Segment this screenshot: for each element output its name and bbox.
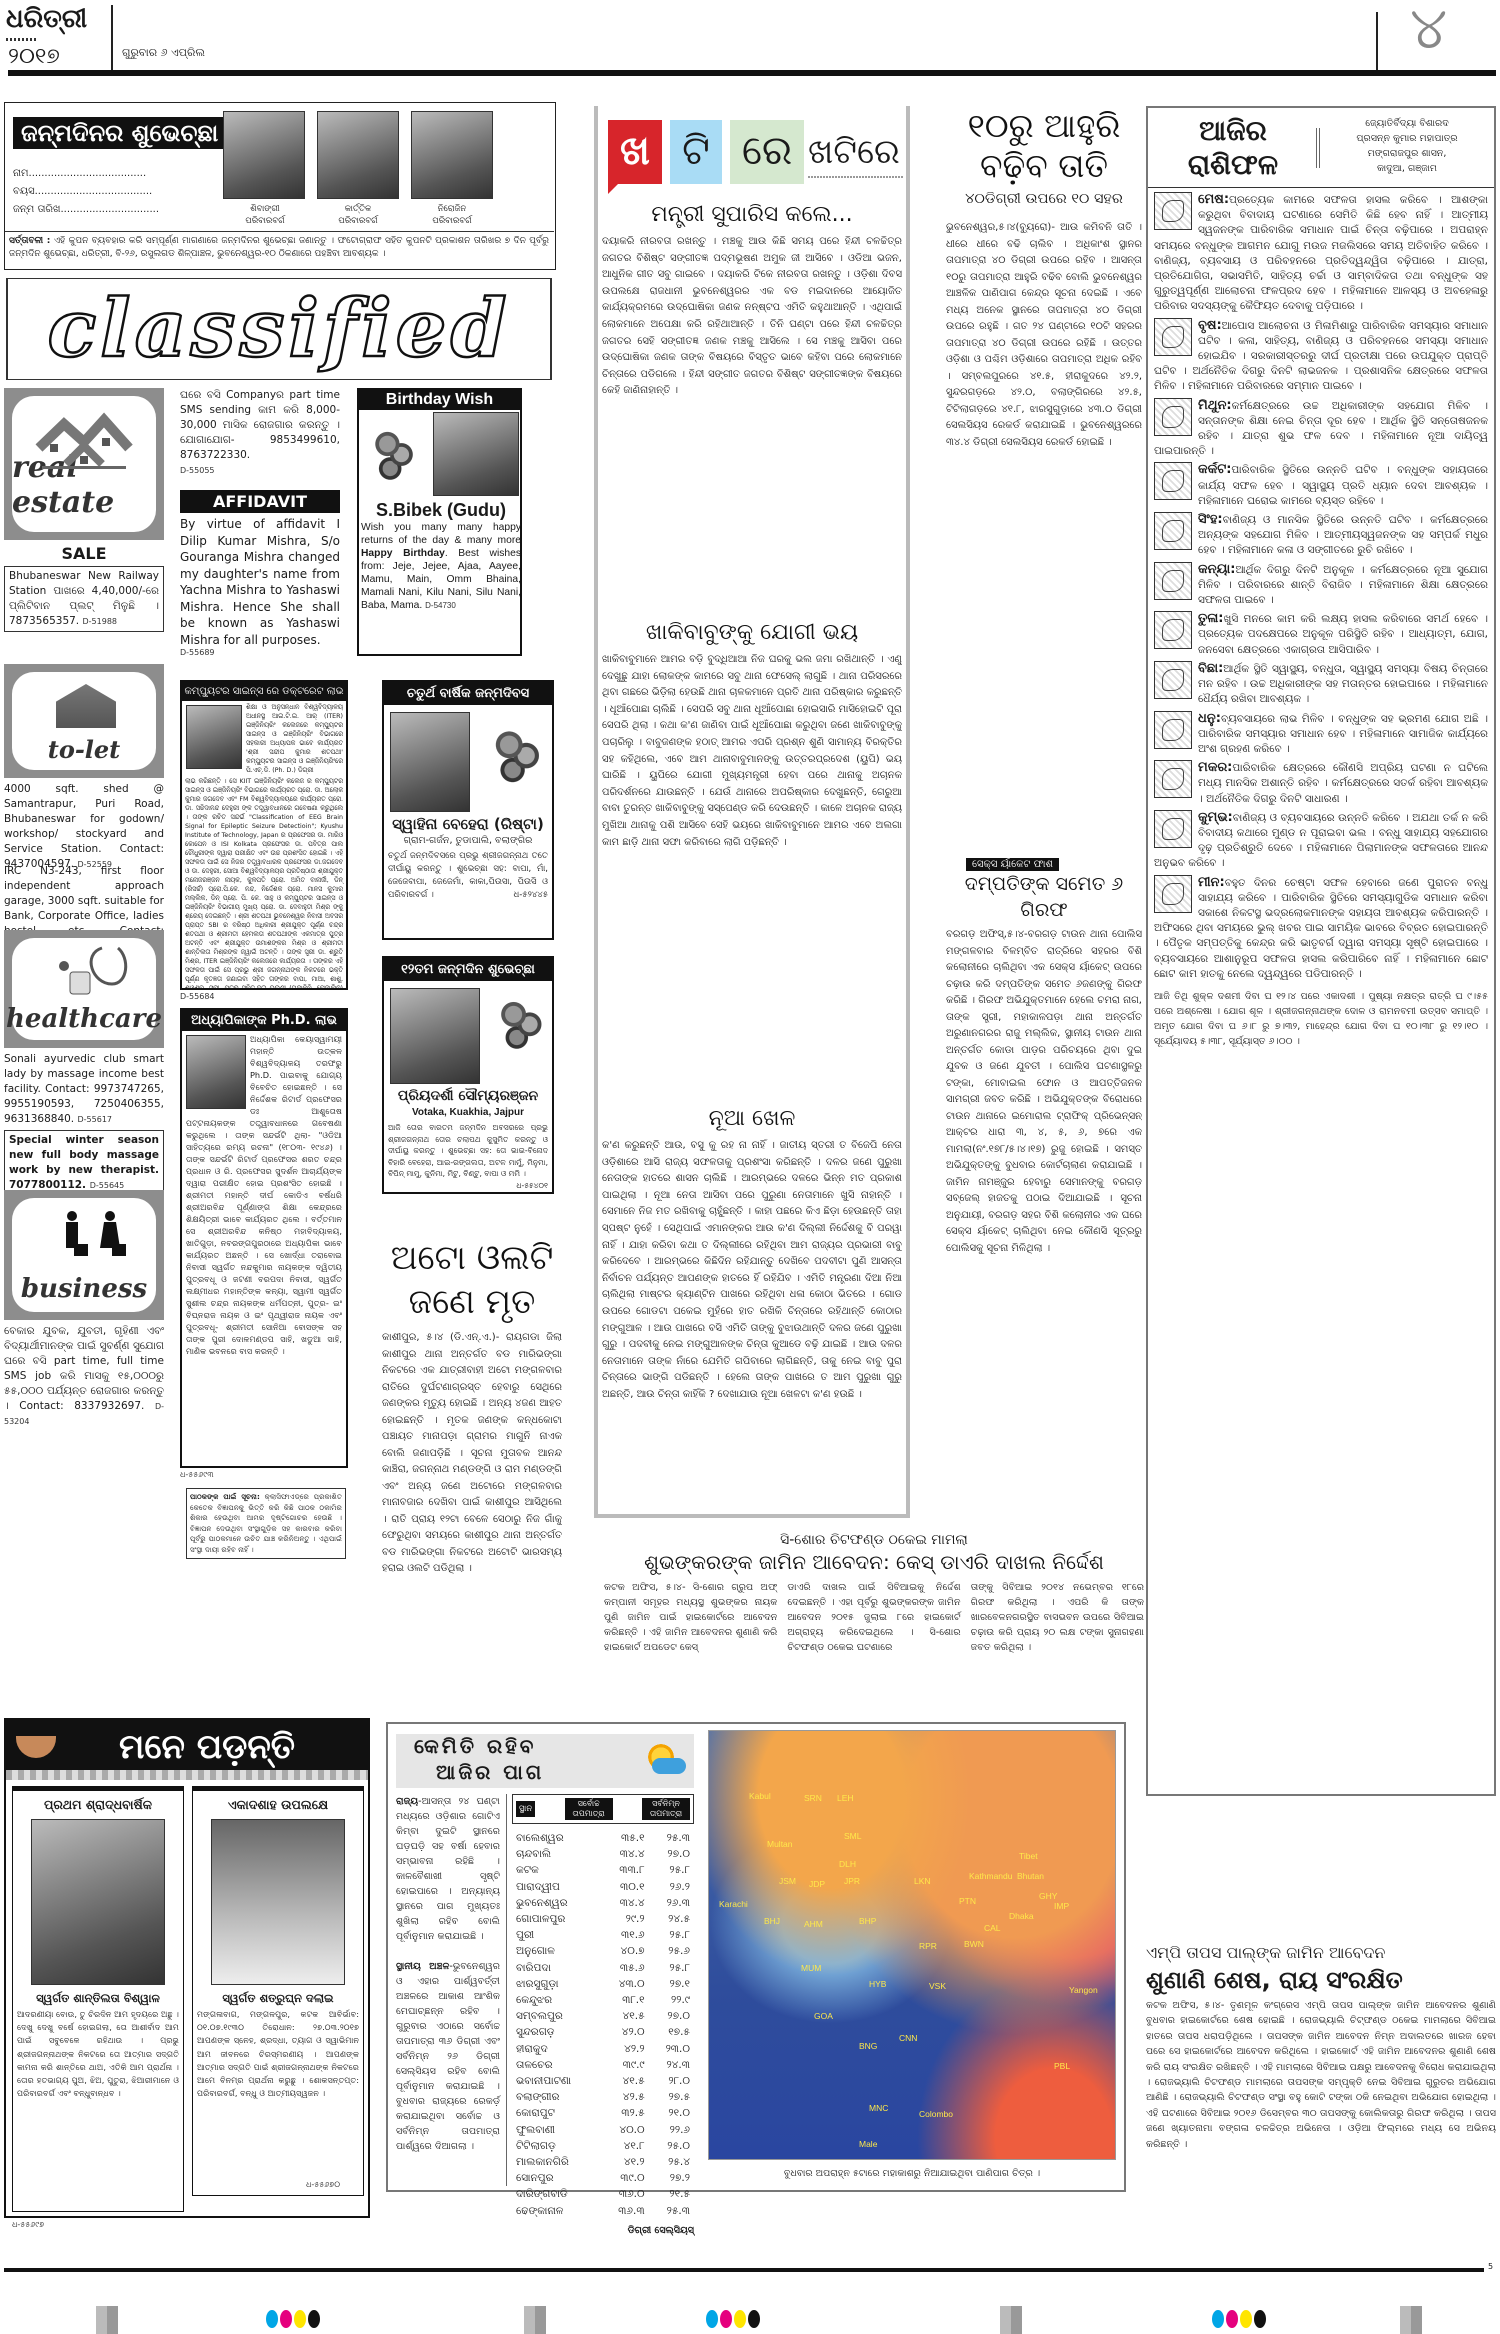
map-city-label: Kathmandu	[969, 1871, 1012, 1881]
masthead: ଧରିତ୍ରୀ ୨୦୧୭ ଗୁରୁବାର ୬ ଏପ୍ରିଲ ୪	[0, 0, 1500, 80]
map-city-label: Bhutan	[1017, 1871, 1044, 1881]
temperature-row: ମାଲକାନଗିରି୪୧.୨୨୫.୪	[512, 2154, 694, 2170]
coupon-field-age[interactable]: ବୟସ.....................................	[13, 183, 159, 201]
map-city-label: CNN	[899, 2033, 917, 2043]
scales-icon	[1154, 611, 1192, 649]
temperature-row: ହୀରାକୁଦ୪୨.୨୨୩.୦	[512, 2041, 694, 2057]
map-city-label: JDP	[809, 1879, 825, 1889]
temperature-row: ଫୁଲବାଣୀ୪୦.୦୨୨.୬	[512, 2122, 694, 2138]
map-city-label: PTN	[959, 1896, 976, 1906]
map-city-label: Male	[859, 2139, 877, 2149]
classified-banner: classified	[6, 278, 552, 380]
temperature-row: ଟିଟିଲାଗଡ଼୪୧.୮୨୫.୦	[512, 2138, 694, 2154]
map-city-label: BHJ	[764, 1916, 780, 1926]
map-city-label: Kabul	[749, 1791, 771, 1801]
zodiac-entry: କର୍କଟ:ପାରିବାରିକ ସ୍ଥିତିରେ ଉନ୍ନତି ଘଟିବ । ବ…	[1154, 462, 1488, 509]
temperature-row: ପୁରୀ୩୧.୬୨୫.୮	[512, 1927, 694, 1943]
weather-forecast-text: ରାଜ୍ୟ-ଆସନ୍ତା ୨୪ ଘଣ୍ଟା ମଧ୍ୟରେ ଓଡ଼ିଶାର ଗୋଟ…	[396, 1794, 500, 2154]
coupon-photo-2	[317, 111, 399, 199]
twins-icon	[1154, 398, 1192, 436]
page-number: ୪	[1410, 0, 1447, 63]
temperature-row: କୋରାପୁଟ୩୨.୫୨୧.୦	[512, 2105, 694, 2121]
map-city-label: Dhaka	[1009, 1911, 1034, 1921]
headline: ଖାକିବାବୁଙ୍କୁ ଯୋଗୀ ଭୟ	[602, 620, 902, 645]
map-city-label: Karachi	[719, 1899, 748, 1909]
goat-icon	[1154, 760, 1192, 798]
teacher-photo	[186, 1035, 246, 1109]
map-city-label: RPR	[919, 1941, 937, 1951]
zodiac-entry: ବୃଷ:ଆପୋସ ଆଲୋଚନା ଓ ମିଳାମିଶାରୁ ପାରିବାରିକ ସ…	[1154, 318, 1488, 395]
headline: ମନ୍ତ୍ରୀ ସୁପାରିସ କଲେ...	[602, 202, 902, 227]
zodiac-entry: ମୀନ:ବହୁତ ଦିନର ଚେଷ୍ଟା ସଫଳ ହେବାରେ ଜଣେ ପୁରା…	[1154, 875, 1488, 982]
fish-icon	[1154, 875, 1192, 913]
to-let-house-icon	[56, 684, 116, 728]
temperature-row: ଦାରିଙ୍ଗବାଡି୩୬.୦୨୧.୫	[512, 2186, 694, 2202]
doctorate-ad: କମ୍ପ୍ୟୁଟର ସାଇନ୍ସ ରେ ଡକ୍ଟରେଟ ଲାଭ ଶିକ୍ଷା ଓ…	[180, 680, 348, 990]
child-photo	[390, 712, 470, 812]
weather-title: କେମିତି ରହିବ ଆଜିର ପାଗ	[396, 1734, 694, 1788]
map-city-label: PBL	[1054, 2061, 1070, 2071]
classified-ad: Sonali ayurvedic club smart lady by mass…	[4, 1052, 164, 1127]
temperature-row: ଅନୁଗୋଳ୪୦.୭୨୫.୬	[512, 1943, 694, 1959]
masthead-rule	[8, 70, 1496, 76]
water-bearer-icon	[1154, 810, 1192, 848]
coupon-field-dob[interactable]: ଜନ୍ମ ତାରିଖ..............................…	[13, 201, 159, 219]
birthday-name: S.Bibek (Gudu)	[361, 500, 521, 521]
satellite-map: KabulSRNLEHSMLMultanDLHTibetJSMJDPJPRLKN…	[708, 1730, 1116, 2160]
sale-heading: SALE	[4, 544, 164, 563]
memorial-section: ମନେ ପଡ଼ନ୍ତି ପ୍ରଥମ ଶ୍ରାଦ୍ଧବାର୍ଷିକ ସ୍ୱର୍ଗତ…	[4, 1718, 370, 2218]
temperature-row: ଢେଙ୍କାନାଳ୩୬.୩୨୫.୩	[512, 2203, 694, 2219]
twelfth-birthday-ad: ୧୨ତମ ଜନ୍ମଦିନ ଶୁଭେଚ୍ଛା ପ୍ରିୟଦର୍ଶୀ ସୌମ୍ୟରଞ…	[382, 956, 554, 1194]
ram-icon	[1154, 192, 1192, 230]
map-city-label: JPR	[844, 1876, 860, 1886]
zodiac-entry: ମେଷ:ପ୍ରତ୍ୟେକ କାମରେ ସଫଳତା ହାସଲ କରିବେ । ଆଶ…	[1154, 192, 1488, 315]
temperature-row: ବାରିପଦା୩୫.୬୨୫.୮	[512, 1960, 694, 1976]
news-story-seashore: ସି-ଶୋର ଚିଟଫଣ୍ଡ ଠକେଇ ମାମଲା ଶୁଭଙ୍କରଙ୍କ ଜାମ…	[604, 1532, 1144, 1702]
temperature-row: କେନ୍ଦୁଝର୩୮.୧୨୨.୯	[512, 1992, 694, 2008]
map-city-label: SRN	[804, 1793, 822, 1803]
map-city-label: VSK	[929, 1981, 946, 1991]
map-city-label: Multan	[767, 1839, 793, 1849]
map-city-label: GHY	[1039, 1891, 1057, 1901]
news-story-tapas-pal: ଏମ୍‌ପି ତାପସ ପାଲ୍‌ଙ୍କ ଜାମିନ ଆବେଦନ ଶୁଣାଣି …	[1146, 1942, 1496, 2196]
map-city-label: GOA	[814, 2011, 833, 2021]
masthead-logo: ଧରିତ୍ରୀ	[6, 4, 87, 35]
birthday-wish-ad: Birthday Wish S.Bibek (Gudu) Wish you ma…	[357, 388, 522, 656]
coupon-photo-1	[223, 111, 305, 199]
houses-icon	[34, 408, 134, 472]
lion-icon	[1154, 512, 1192, 550]
temperature-table: ସ୍ଥାନ ସର୍ବୋଚ୍ଚ ତାପମାତ୍ରା ସର୍ବନିମ୍ନ ତାପମା…	[512, 1794, 694, 2236]
temperature-row: ବାଲେଶ୍ୱର୩୫.୧୨୫.୩	[512, 1830, 694, 1846]
flower-bouquet-icon	[365, 416, 421, 486]
registration-marks	[0, 2306, 1500, 2330]
map-city-label: MUM	[801, 1963, 821, 1973]
footer-rule	[4, 2268, 1484, 2272]
coupon-photo-3	[411, 111, 493, 199]
classified-ad: Bhubaneswar New Railway Station ପାଖରେ 4,…	[4, 566, 164, 632]
temperature-row: ପାରାଦ୍ୱୀପ୩୦.୧୨୬.୨	[512, 1879, 694, 1895]
map-city-label: BWN	[964, 1939, 984, 1949]
flower-bouquet-icon	[488, 988, 552, 1054]
map-city-label: SML	[844, 1831, 861, 1841]
panchang: ଆଜି ତିଥି ଶୁକ୍ଳ ଦଶମୀ ଦିବା ଘ ୧୨।୪ ପରେ ଏକାଦ…	[1148, 989, 1494, 1049]
coupon-terms: ସର୍ତ୍ତାବଳୀ : ଏହି କୁପନ ବ୍ୟବହାର କରି ସମ୍ପୂର…	[9, 235, 549, 261]
temperature-row: ବଲାଙ୍ଗୀର୪୨.୫୨୭.୫	[512, 2089, 694, 2105]
crab-icon	[1154, 462, 1192, 500]
teacher-phd-ad: ଅଧ୍ୟାପିକାଙ୍କ Ph.D. ଲାଭ ଅଧ୍ୟାପିକା କେୟାସ୍ୱ…	[180, 1008, 348, 1468]
map-city-label: JSM	[779, 1876, 796, 1886]
bull-icon	[1154, 318, 1192, 356]
temperature-row: ଭୁବନେଶ୍ୱର୩୪.୪୨୬.୩	[512, 1895, 694, 1911]
business-people-icon	[48, 1210, 136, 1266]
map-city-label: AHM	[804, 1919, 823, 1929]
map-city-label: Yangon	[1069, 1985, 1098, 1995]
zodiac-entry: କୁମ୍ଭ:ବାଣିଜ୍ୟ ଓ ବ୍ୟବସାୟରେ ଉନ୍ନତି କରିବେ ।…	[1154, 810, 1488, 872]
masthead-logo-underline	[6, 38, 36, 41]
zodiac-entry: ସିଂହ:ବାଣିଜ୍ୟ ଓ ମାନସିକ ସ୍ଥିତିରେ ଉନ୍ନତି ଘଟ…	[1154, 512, 1488, 559]
map-city-label: BHP	[859, 1916, 876, 1926]
map-city-label: HYB	[869, 1979, 886, 1989]
news-story-auto-accident: ଅଟୋ ଓଲଟି ଜଣେ ମୃତ କାଶୀପୁର, ୫।୪ (ଡି.ଏନ୍.ଏ.…	[382, 1236, 562, 1576]
temperature-row: ତାଳଚେର୩୯.୯୨୪.୩	[512, 2057, 694, 2073]
birthday-coupon: ଜନ୍ମଦିନର ଶୁଭେଚ୍ଛା ନାମ...................…	[4, 102, 556, 270]
temperature-row: ସୋନପୁର୩୯.୦୨୭.୨	[512, 2170, 694, 2186]
birthday-child-photo	[433, 412, 519, 496]
temperature-row: ସମ୍ବଲପୁର୪୧.୫୨୭.୦	[512, 2008, 694, 2024]
temperature-row: ଗୋପାଳପୁର୨୯.୨୨୪.୫	[512, 1911, 694, 1927]
weather-section: କେମିତି ରହିବ ଆଜିର ପାଗ ରାଜ୍ୟ-ଆସନ୍ତା ୨୪ ଘଣ୍…	[386, 1722, 1126, 2192]
column-logo: ଖ ଟି ରେ ଖଟିରେ	[608, 120, 904, 192]
news-story-heat: ୧୦ରୁ ଆହୁରି ବଢ଼ିବ ତାତି ୪୦ଡିଗ୍ରୀ ଉପରେ ୧୦ ସ…	[946, 106, 1142, 848]
classified-ad: ବେକାର ଯୁବକ, ଯୁବତୀ, ଗୃହିଣୀ ଏବଂ ବିଦ୍ୟାର୍ଥୀ…	[4, 1324, 164, 1429]
zodiac-entry: ମକର:ପାରିବାରିକ କ୍ଷେତ୍ରରେ କୌଣସି ଅପ୍ରିୟ ଘଟଣ…	[1154, 760, 1488, 807]
category-tile-business[interactable]: business	[4, 1190, 164, 1320]
headline: ଅଟୋ ଓଲଟି ଜଣେ ମୃତ	[382, 1236, 562, 1324]
memorial-photo	[211, 1819, 345, 1985]
zodiac-entry: ବିଛା:ଆର୍ଥିକ ସ୍ଥିତି ସ୍ୱାସ୍ଥ୍ୟ, ବନ୍ଧୁତା, ସ…	[1154, 661, 1488, 708]
memorial-photo	[31, 1819, 165, 1985]
headline: ନୂଆ ଖେଳ	[602, 1106, 902, 1131]
scorpion-icon	[1154, 661, 1192, 699]
memorial-card: ଏକାଦଶାହ ଉପଲକ୍ଷେ ସ୍ୱର୍ଗତ ଶତ୍ରୁଘ୍ନ ଦଲାଇ ମଙ…	[192, 1786, 364, 2196]
archer-icon	[1154, 711, 1192, 749]
temperature-row: ସୁନ୍ଦରଗଡ଼୪୨.୦୧୭.୫	[512, 2024, 694, 2040]
temperature-row: ଚାନ୍ଦବାଲି୩୪.୪୨୭.୦	[512, 1846, 694, 1862]
coupon-title: ଜନ୍ମଦିନର ଶୁଭେଚ୍ଛା	[13, 117, 226, 149]
maiden-icon	[1154, 562, 1192, 600]
classified-ad: 4000 sqft. shed @ Samantrapur, Puri Road…	[4, 782, 164, 872]
map-city-label: Colombo	[919, 2109, 953, 2119]
reader-notice: ପାଠକଙ୍କ ପାଇଁ ସୂଚନା: କ୍ଲାସିଫାଏଡ୍‌ରେ ପ୍ରକା…	[186, 1488, 346, 1559]
classified-title: classified	[8, 278, 550, 378]
doctorate-photo	[186, 705, 242, 769]
sms-ad: ଘରେ ବସି Companyର part time SMS sending କ…	[180, 388, 340, 478]
map-city-label: LKN	[914, 1876, 931, 1886]
map-city-label: LEH	[837, 1793, 854, 1803]
fourth-birthday-ad: ଚତୁର୍ଥ ବାର୍ଷିକ ଜନ୍ମଦିବସ ସ୍ୱାହିନା ବେହେରା …	[382, 680, 554, 940]
affidavit-ad: AFFIDAVIT By virtue of affidavit I Dilip…	[180, 490, 340, 657]
temperature-row: ଭବାନୀପାଟଣା୪୧.୫୨୮.୦	[512, 2073, 694, 2089]
khati-re-khatire-column: ଖ ଟି ରେ ଖଟିରେ ମନ୍ତ୍ରୀ ସୁପାରିସ କଲେ... ଦୟା…	[594, 106, 910, 1518]
category-tile-real-estate[interactable]: real estate	[4, 388, 164, 540]
temperature-rows: ବାଲେଶ୍ୱର୩୫.୧୨୫.୩ଚାନ୍ଦବାଲି୩୪.୪୨୭.୦କଟକ୩୩.୮…	[512, 1830, 694, 2219]
zodiac-entry: କନ୍ୟା:ଆର୍ଥିକ ଦିଗରୁ ଦିନଟି ଅନୁକୂଳ । କର୍ମକ୍…	[1154, 562, 1488, 609]
memorial-card: ପ୍ରଥମ ଶ୍ରାଦ୍ଧବାର୍ଷିକ ସ୍ୱର୍ଗତ ଶାନ୍ତିଲତା ବ…	[12, 1786, 184, 2212]
map-city-label: DLH	[839, 1859, 856, 1869]
map-city-label: Tibet	[1019, 1851, 1038, 1861]
temperature-row: ଝାରସୁଗୁଡ଼ା୪୩.୦୨୭.୧	[512, 1976, 694, 1992]
classified-ad-boxed: Special winter season new full body mass…	[4, 1130, 164, 1196]
map-city-label: CAL	[984, 1923, 1001, 1933]
masthead-year: ୨୦୧୭	[8, 44, 60, 69]
news-story-sex-racket: ସେକ୍ସ ର୍ୟାକେଟ ଫାଶ ଦମ୍ପତିଙ୍କ ସମେତ ୬ ଗିରଫ …	[946, 852, 1142, 1564]
horoscope-section: ଆଜିର ରାଶିଫଳ ଜ୍ୟୋତିର୍ବିଦ୍ୟା ବିଶାରଦ ପ୍ରସନ୍…	[1146, 106, 1496, 1796]
map-city-label: BNG	[859, 2041, 877, 2051]
zodiac-entry: ମିଥୁନ:କର୍ମକ୍ଷେତ୍ରରେ ଉଚ୍ଚ ଅଧିକାରୀଙ୍କ ସହଯୋ…	[1154, 398, 1488, 460]
zodiac-entry: ଧନୁ:ବ୍ୟବସାୟରେ ଲାଭ ମିଳିବ । ବନ୍ଧୁଙ୍କ ସହ ଭ୍…	[1154, 711, 1488, 758]
memorial-title-bar: ମନେ ପଡ଼ନ୍ତି	[6, 1720, 368, 1780]
masthead-date: ଗୁରୁବାର ୬ ଏପ୍ରିଲ	[122, 46, 205, 60]
zodiac-entry: ତୁଳା:ଖୁସି ମନରେ କାମ କରି ଲକ୍ଷ୍ୟ ହାସଲ କରିବା…	[1154, 611, 1488, 658]
map-city-label: IMP	[1054, 1901, 1069, 1911]
horoscope-header: ଆଜିର ରାଶିଫଳ ଜ୍ୟୋତିର୍ବିଦ୍ୟା ବିଶାରଦ ପ୍ରସନ୍…	[1148, 108, 1494, 188]
map-city-label: MNC	[869, 2103, 888, 2113]
category-tile-to-let[interactable]: to-let	[4, 664, 164, 778]
flower-bouquet-icon	[482, 716, 550, 788]
coupon-field-name[interactable]: ନାମ.....................................	[13, 165, 159, 183]
stethoscope-icon	[52, 944, 132, 998]
temperature-row: କଟକ୩୩.୮୨୫.୮	[512, 1862, 694, 1878]
category-tile-healthcare[interactable]: healthcare	[4, 930, 164, 1048]
teen-photo	[390, 988, 480, 1084]
